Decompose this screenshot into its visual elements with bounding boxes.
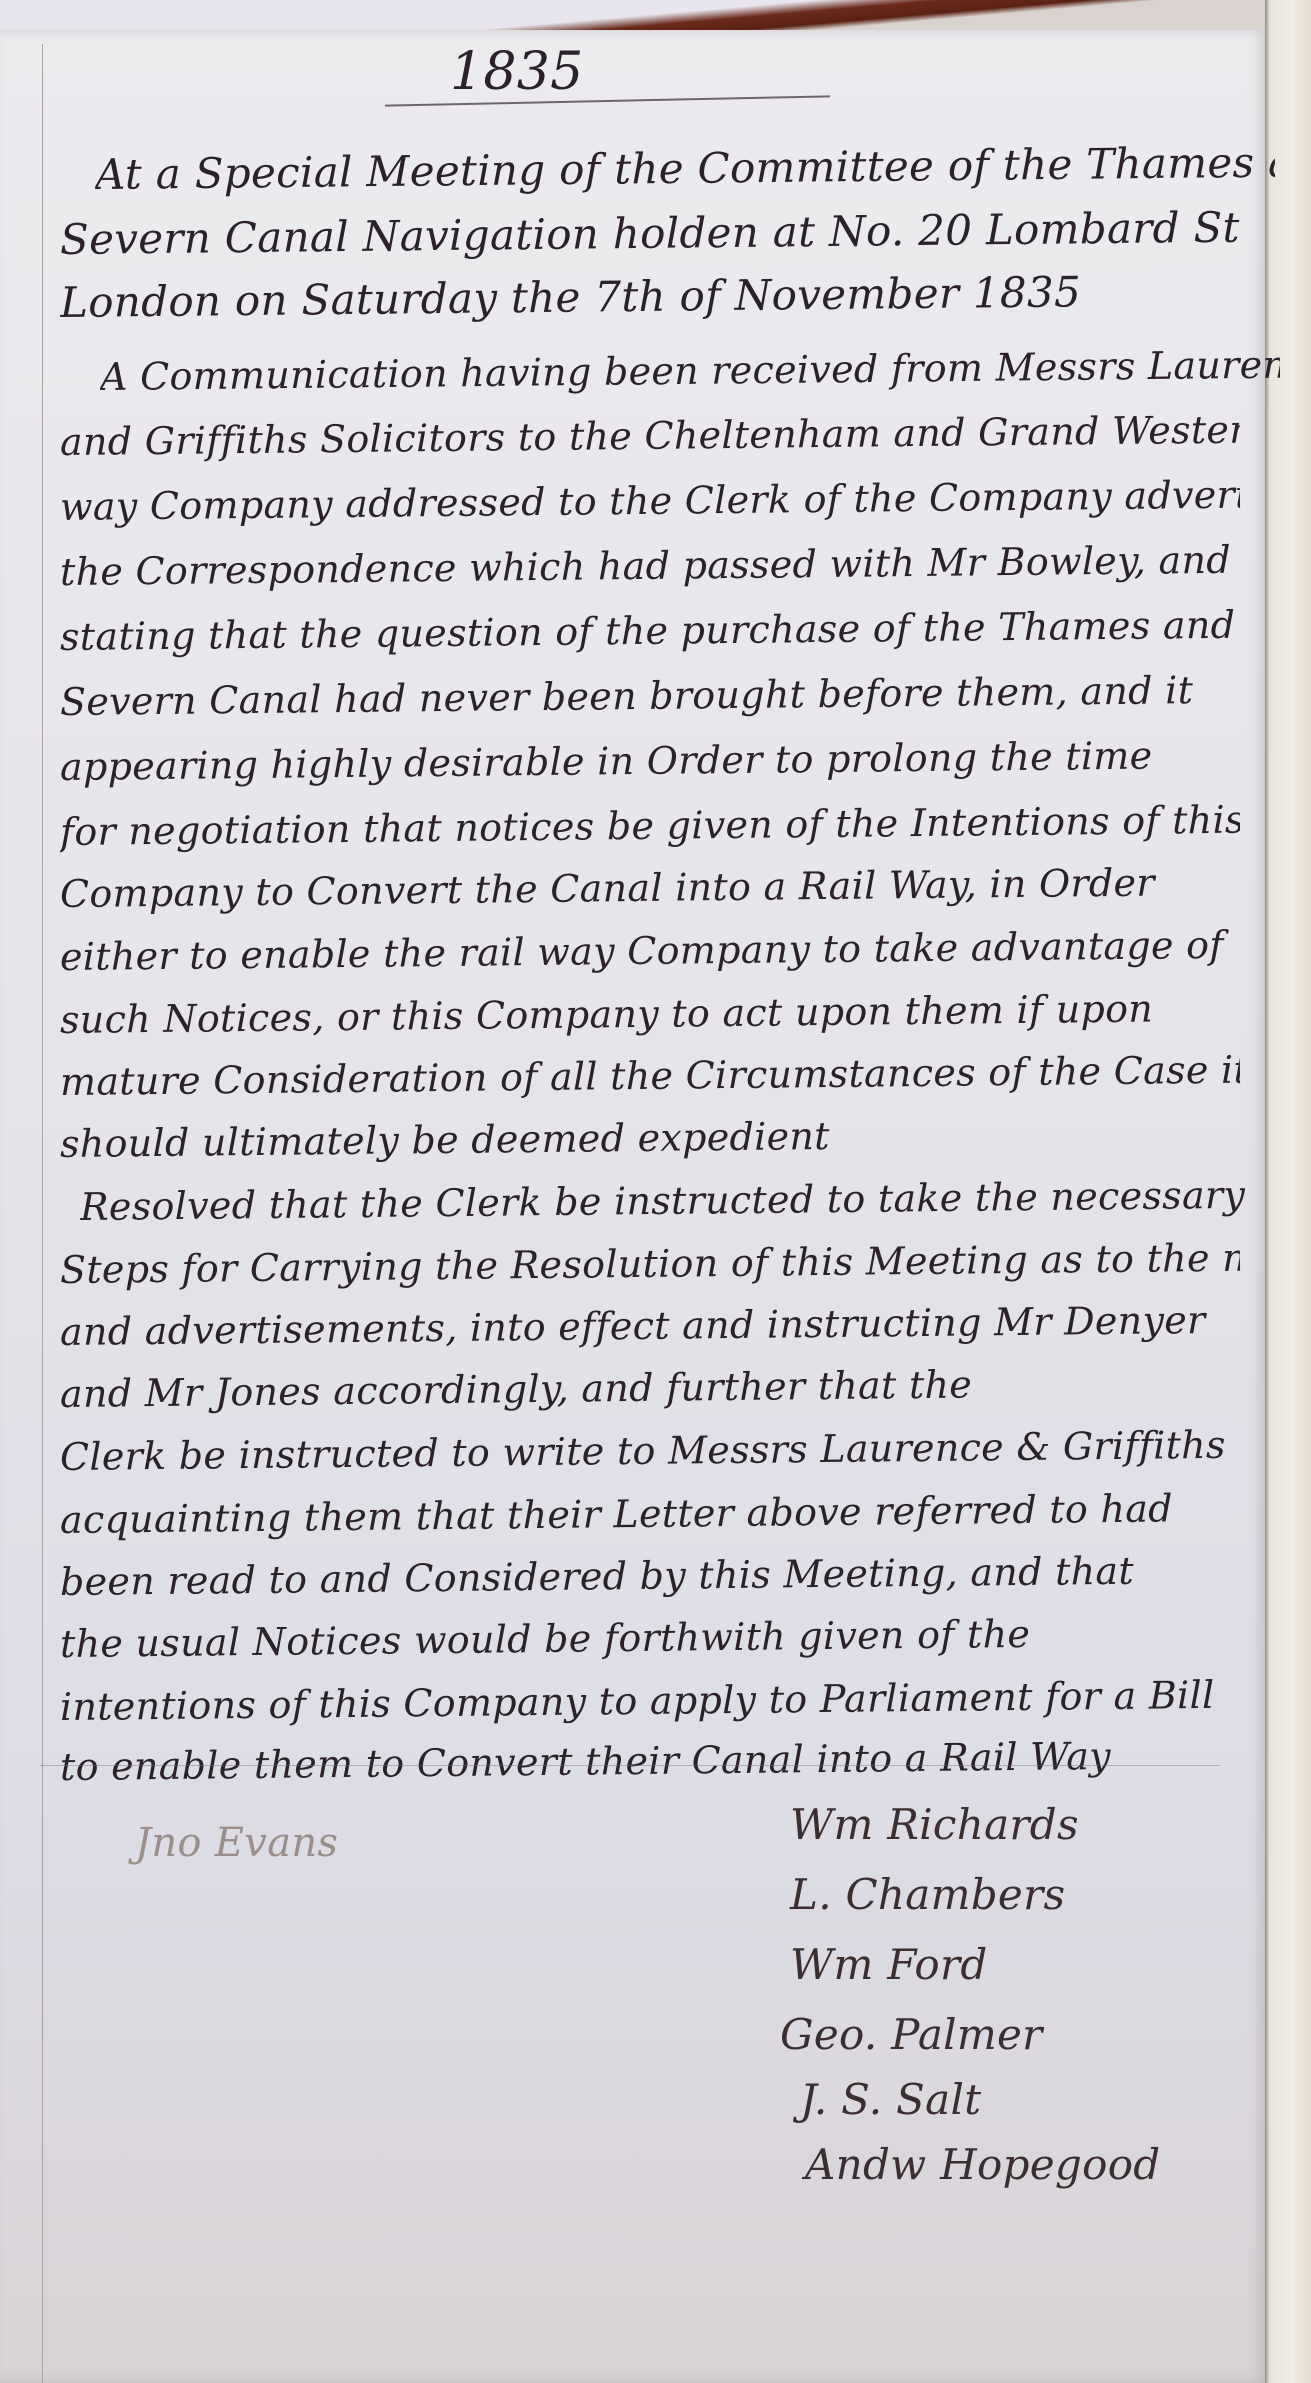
- year-heading: 1835: [450, 42, 584, 102]
- bleed-through-text: [1269, 960, 1305, 1320]
- signature: J. S. Salt: [800, 2075, 981, 2124]
- signature: Wm Richards: [790, 1800, 1079, 1849]
- chairman-signature: Jno Evans: [135, 1820, 338, 1866]
- signature: Wm Ford: [790, 1940, 988, 1989]
- signature: Andw Hopegood: [805, 2140, 1160, 2189]
- closing-rule: [40, 1765, 1220, 1766]
- margin-rule: [42, 44, 43, 2383]
- signature: L. Chambers: [790, 1870, 1065, 1919]
- signature: Geo. Palmer: [780, 2010, 1043, 2059]
